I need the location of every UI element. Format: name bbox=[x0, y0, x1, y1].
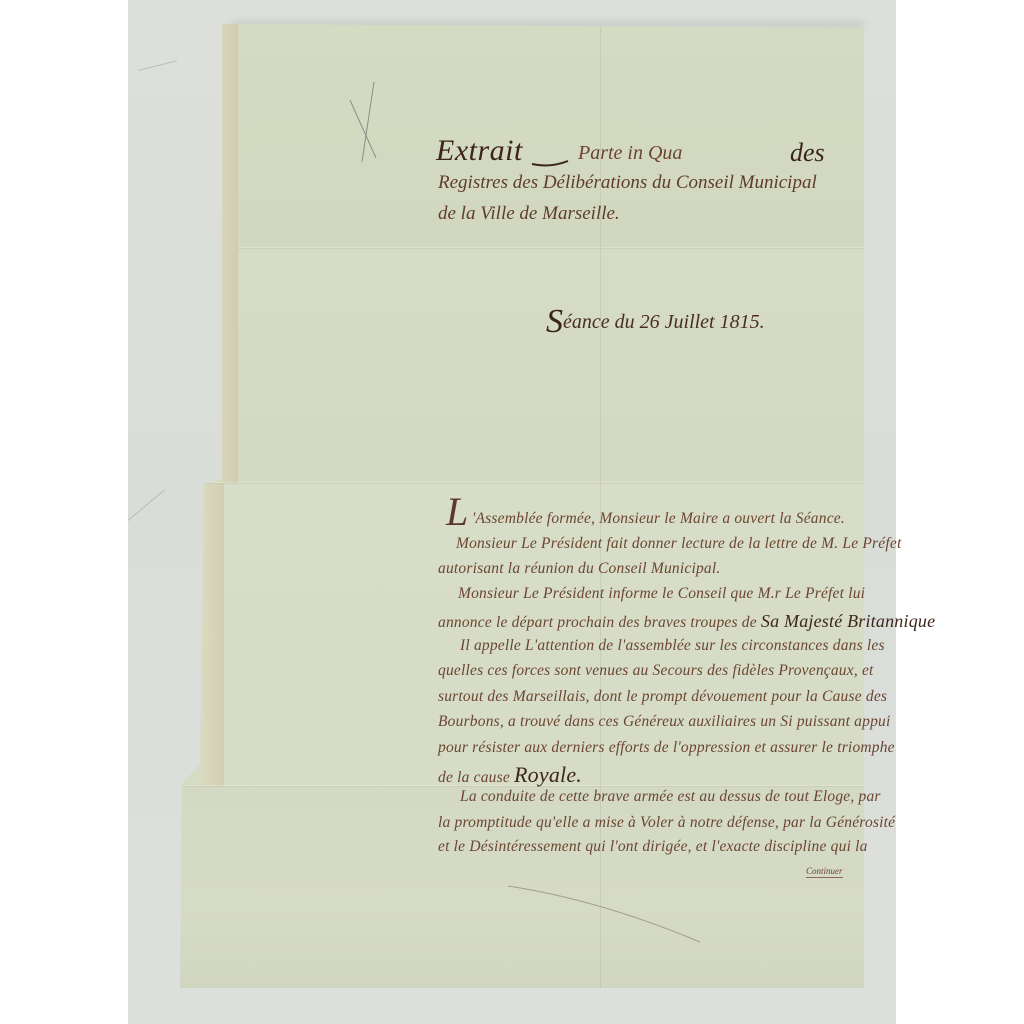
header-line-registres: Registres des Délibérations du Conseil M… bbox=[438, 172, 817, 194]
left-edge-strip-middle bbox=[204, 483, 224, 786]
stray-ink-stroke bbox=[500, 880, 720, 950]
body-line: annonce le départ prochain des braves tr… bbox=[438, 611, 935, 632]
title-swash bbox=[530, 158, 570, 168]
body-line: et le Désintéressement qui l'ont dirigée… bbox=[438, 838, 868, 856]
body-line-text: annonce le départ prochain des braves tr… bbox=[438, 614, 757, 631]
body-line: la promptitude qu'elle a mise à Voler à … bbox=[438, 814, 895, 832]
document-title-extrait: Extrait bbox=[436, 134, 523, 168]
body-initial-l: L bbox=[446, 488, 468, 535]
body-line: pour résister aux derniers efforts de l'… bbox=[438, 739, 895, 757]
body-line: de la cause Royale. bbox=[438, 762, 582, 788]
header-line-ville: de la Ville de Marseille. bbox=[438, 203, 620, 225]
body-line: surtout des Marseillais, dont le prompt … bbox=[438, 688, 887, 706]
catchword: Continuer bbox=[806, 866, 843, 878]
fold-line bbox=[238, 247, 864, 249]
body-line: Bourbons, a trouvé dans ces Généreux aux… bbox=[438, 713, 891, 731]
body-line: quelles ces forces sont venues au Secour… bbox=[438, 662, 874, 680]
emphasis-royale: Royale. bbox=[514, 762, 582, 787]
body-line: autorisant la réunion du Conseil Municip… bbox=[438, 560, 720, 578]
body-line: 'Assemblée formée, Monsieur le Maire a o… bbox=[472, 510, 845, 528]
background-scratch bbox=[138, 60, 177, 71]
body-line: La conduite de cette brave armée est au … bbox=[460, 788, 881, 806]
body-line: Il appelle L'attention de l'assemblée su… bbox=[460, 637, 885, 655]
body-line: Monsieur Le Président fait donner lectur… bbox=[456, 535, 901, 553]
body-line: Monsieur Le Président informe le Conseil… bbox=[458, 585, 865, 603]
session-initial: S bbox=[546, 303, 563, 340]
document-title-sub: Parte in Qua bbox=[578, 142, 682, 165]
left-edge-strip-top bbox=[222, 24, 238, 483]
body-line-text: de la cause bbox=[438, 769, 510, 786]
background-scratch bbox=[128, 489, 165, 521]
session-text: éance du 26 Juillet 1815. bbox=[563, 311, 765, 333]
emphasis-sa-majeste: Sa Majesté Britannique bbox=[761, 611, 935, 631]
pencil-x-mark bbox=[340, 70, 380, 170]
session-date: Séance du 26 Juillet 1815. bbox=[546, 303, 765, 341]
document-title-des: des bbox=[790, 138, 825, 168]
paper-panel-upper-middle bbox=[238, 248, 864, 483]
fold-line bbox=[204, 482, 864, 484]
